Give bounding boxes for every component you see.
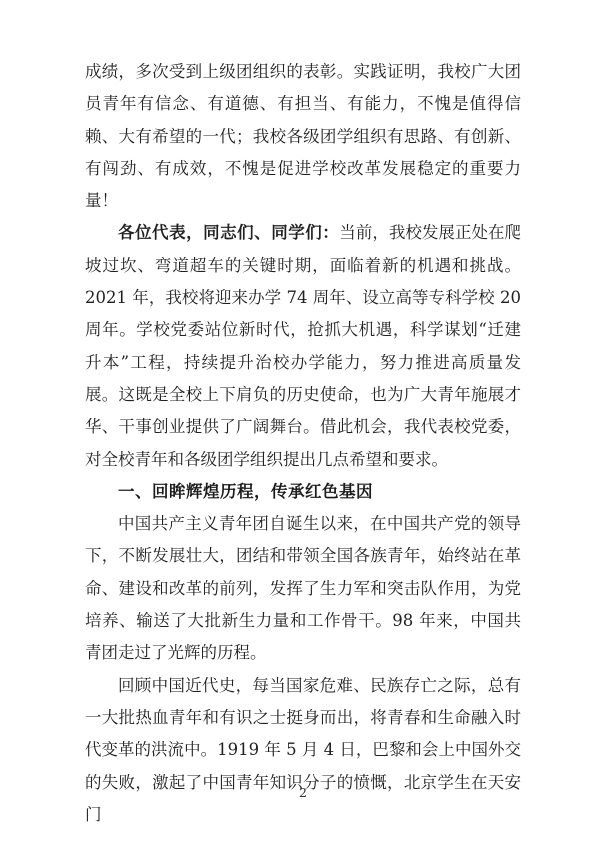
document-page: 成绩，多次受到上级团组织的表彰。实践证明，我校广大团员青年有信念、有道德、有担当… (0, 0, 606, 851)
paragraph-modern-history: 回顾中国近代史，每当国家危难、民族存亡之际，总有一大批热血青年和有识之士挺身而出… (85, 670, 521, 831)
paragraph-address-lead: 各位代表，同志们、同学们： (118, 223, 339, 242)
section-heading-1: 一、回眸辉煌历程，传承红色基因 (85, 476, 521, 508)
paragraph-continuation: 成绩，多次受到上级团组织的表彰。实践证明，我校广大团员青年有信念、有道德、有担当… (85, 56, 521, 217)
page-footer: 2 (0, 786, 606, 800)
paragraph-address-body: 当前，我校发展正处在爬坡过坎、弯道超车的关键时期，面临着新的机遇和挑战。2021… (85, 223, 521, 468)
paragraph-address: 各位代表，同志们、同学们：当前，我校发展正处在爬坡过坎、弯道超车的关键时期，面临… (85, 217, 521, 475)
page-number: 2 (299, 785, 307, 800)
paragraph-league-history: 中国共产主义青年团自诞生以来，在中国共产党的领导下，不断发展壮大，团结和带领全国… (85, 508, 521, 669)
document-body: 成绩，多次受到上级团组织的表彰。实践证明，我校广大团员青年有信念、有道德、有担当… (85, 56, 521, 831)
